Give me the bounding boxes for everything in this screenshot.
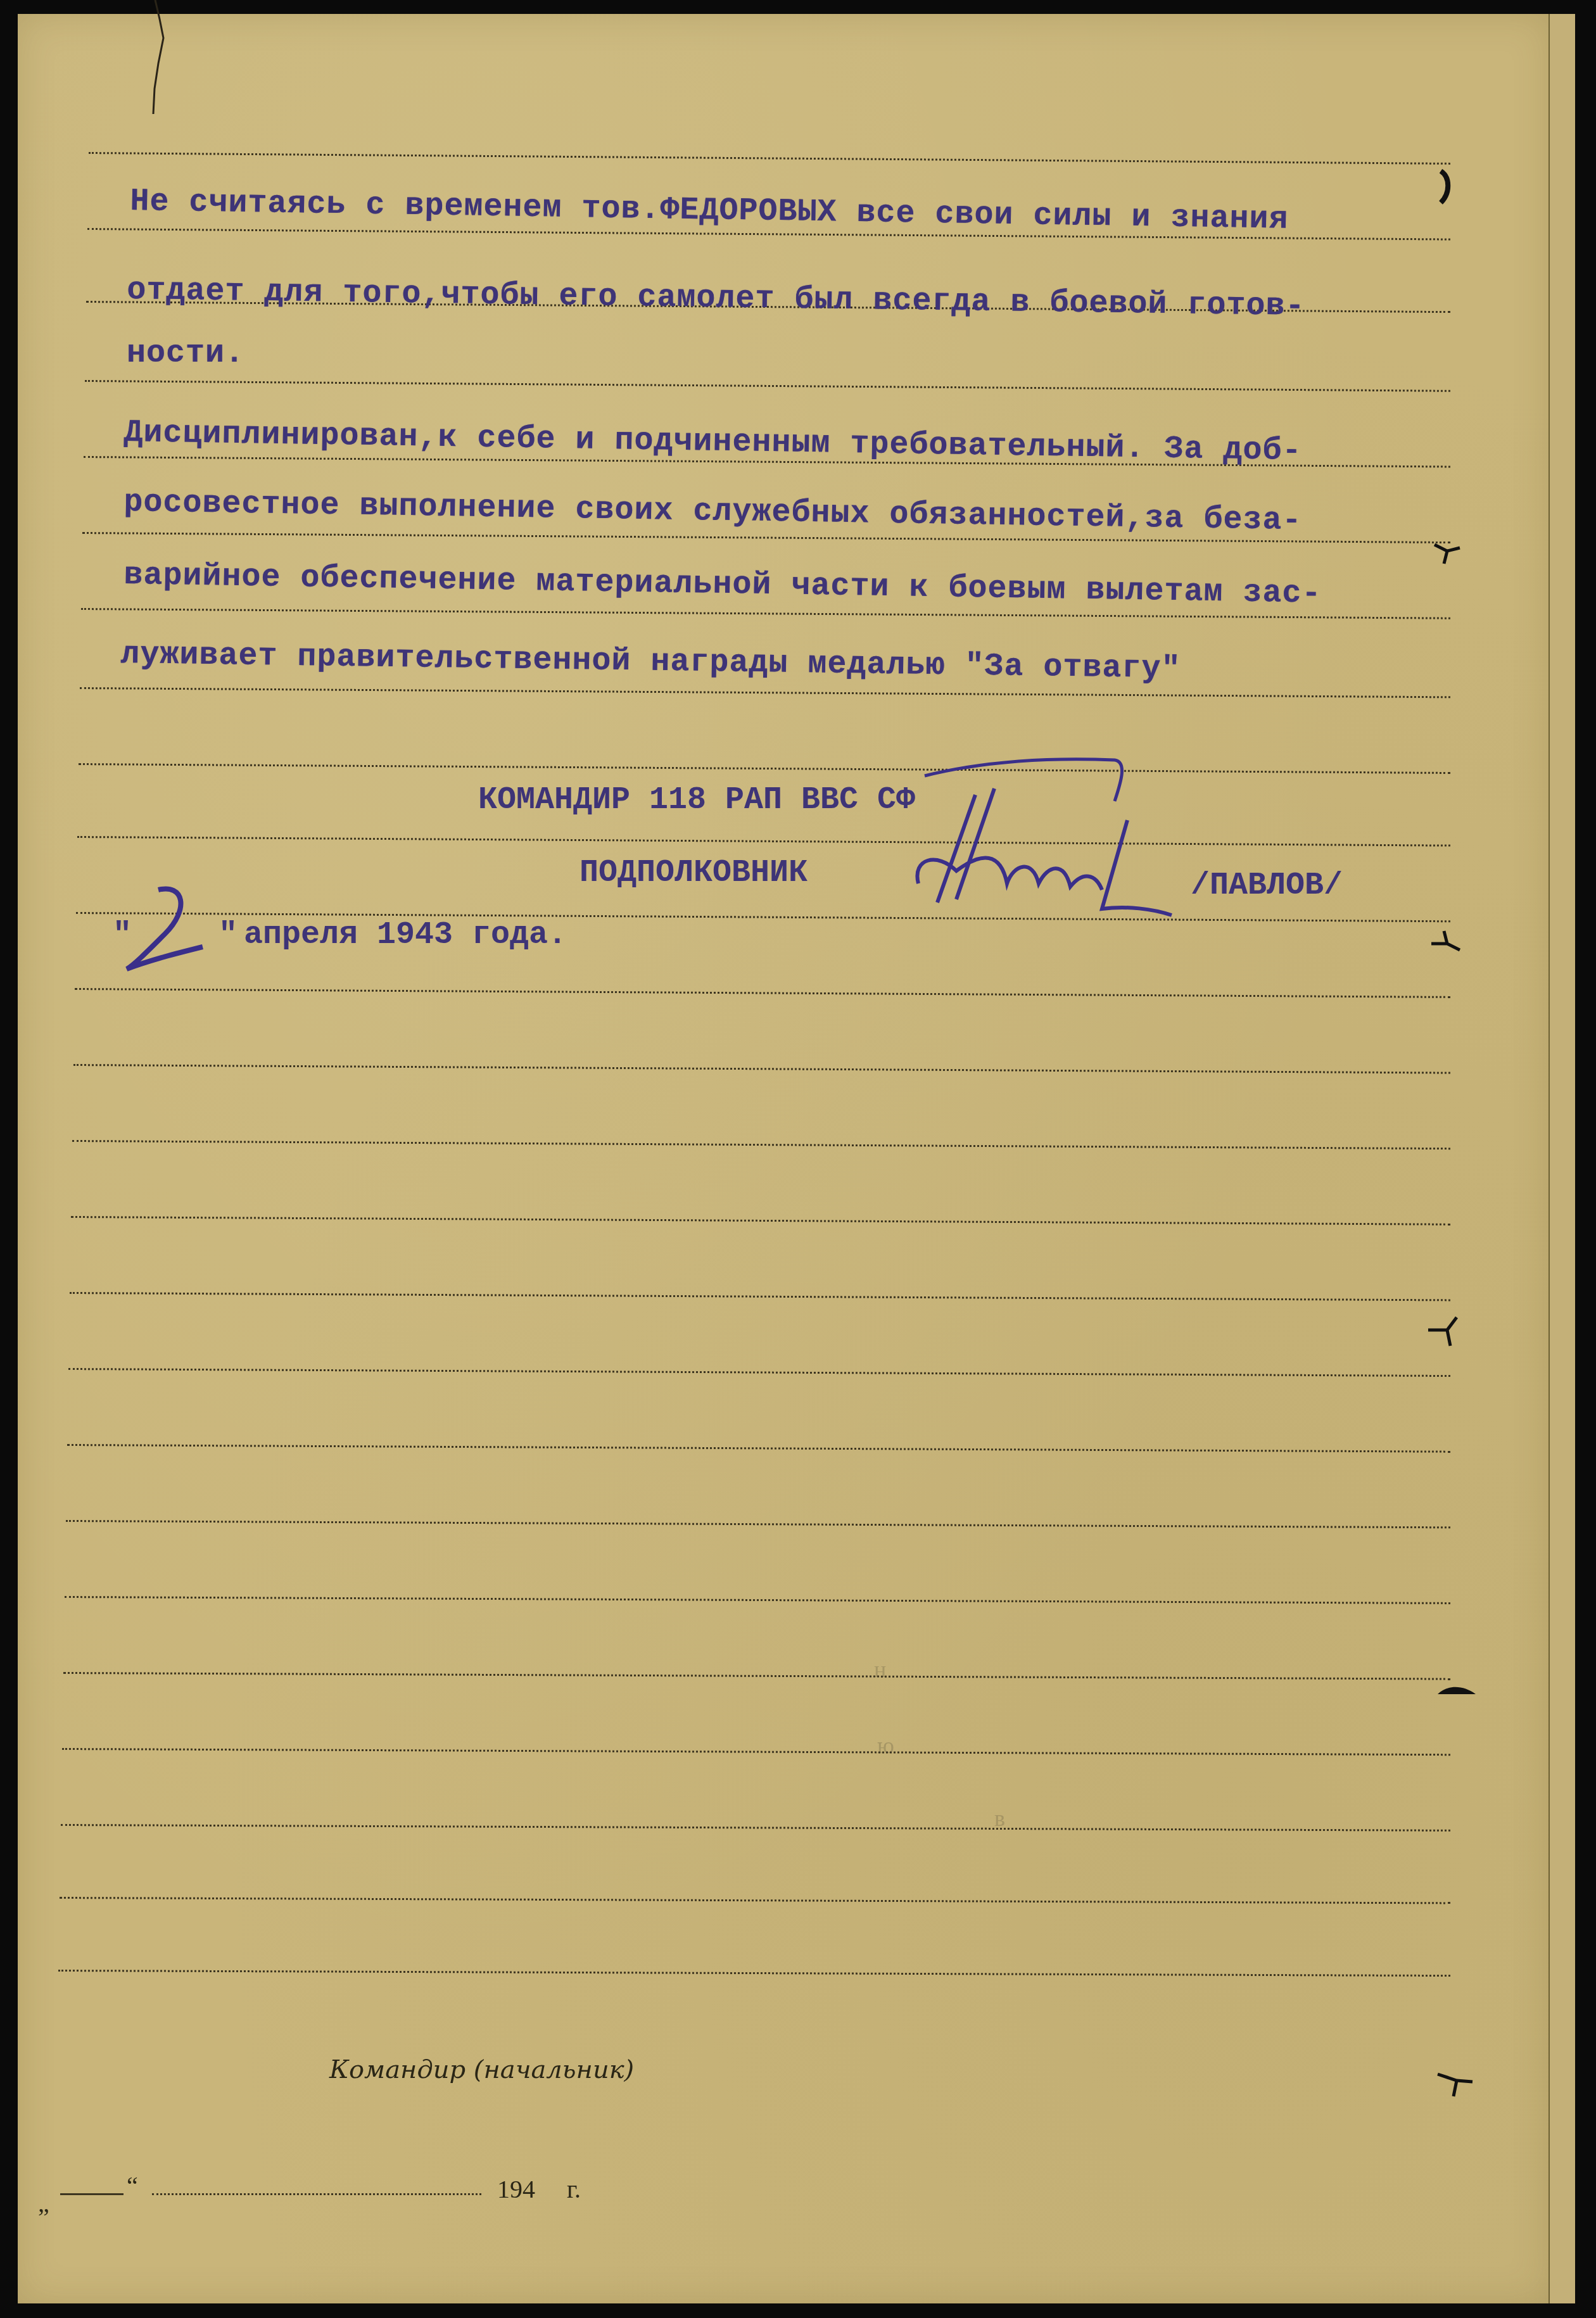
footer-year-suffix: г. <box>567 2174 581 2204</box>
bleed-through-mark: ю <box>877 1732 894 1759</box>
handwritten-day <box>114 883 222 972</box>
binding-hole <box>1422 532 1466 570</box>
body-line-3: ности. <box>127 336 244 372</box>
commander-label: Командир (начальник) <box>329 2055 634 2084</box>
footer-month-line <box>152 2193 481 2195</box>
footer-day-line <box>60 2193 123 2195</box>
footer-close-quote: “ <box>127 2171 138 2201</box>
commander-name: /ПАВЛОВ/ <box>1191 868 1343 904</box>
binding-hole <box>1422 1311 1466 1349</box>
date-close-quote: " <box>218 917 237 953</box>
document-sheet <box>18 14 1550 2303</box>
binding-hole <box>1434 1672 1479 1710</box>
binding-hole <box>1434 2061 1479 2099</box>
footer-year-prefix: 194 <box>497 2174 535 2204</box>
footer-open-quote: „ <box>38 2188 49 2218</box>
commander-title: КОМАНДИР 118 РАП ВВС СФ <box>478 782 915 818</box>
binding-hole <box>1422 168 1466 206</box>
binding-margin <box>1548 14 1575 2303</box>
commander-rank: ПОДПОЛКОВНИК <box>579 855 807 891</box>
date-text: апреля 1943 года. <box>244 917 567 953</box>
paper-tear <box>152 0 177 158</box>
binding-hole <box>1422 925 1466 963</box>
bleed-through-mark: н <box>874 1656 886 1683</box>
bleed-through-mark: в <box>994 1805 1005 1832</box>
handwritten-signature <box>899 757 1203 921</box>
